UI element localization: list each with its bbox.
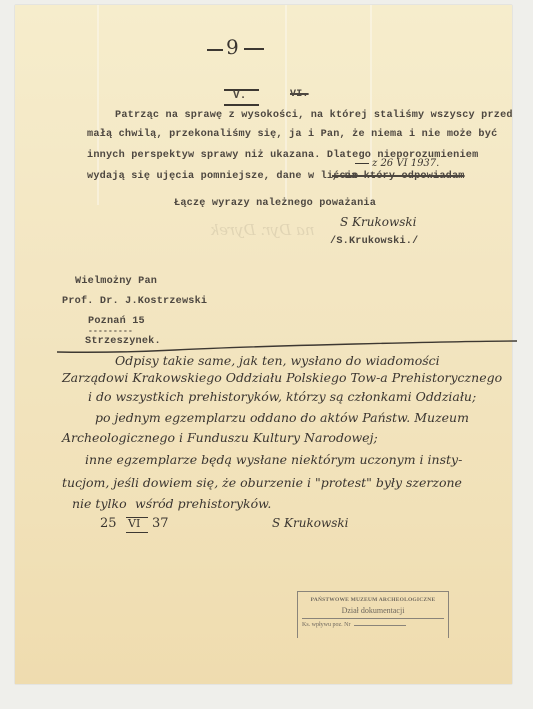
body-line-2: małą chwilą, przekonaliśmy się, ja i Pan… <box>87 129 497 140</box>
stamp-department: Dział dokumentacji <box>298 606 448 615</box>
note-line-8: wśród prehistoryków. <box>135 496 271 511</box>
note-date-month: VI <box>128 517 140 530</box>
stamp-entry-label: Ks. wpływu poz. Nr <box>302 622 351 628</box>
note-line-8-start: nie tylko <box>72 496 127 511</box>
note-line-7: tucjom, jeśli dowiem się, że oburzenie i… <box>62 475 462 490</box>
handwritten-caret <box>355 163 369 164</box>
note-line-3: i do wszystkich prehistoryków, którzy są… <box>88 389 476 404</box>
body-line-4: wydają się ujęcia pomniejsze, dane w liś… <box>87 171 358 182</box>
struck-section-mark: VI. <box>290 89 309 100</box>
address-salutation: Wielmożny Pan <box>75 276 157 287</box>
note-date-day: 25 <box>100 516 117 531</box>
page-number-dash-right <box>244 48 264 50</box>
note-line-5: Archeologicznego i Funduszu Kultury Naro… <box>62 430 378 445</box>
note-date-year: 37 <box>152 516 169 531</box>
signature-typed: /S.Krukowski./ <box>330 236 418 247</box>
section-mark: V. <box>233 90 247 102</box>
archive-stamp: PAŃSTWOWE MUZEUM ARCHEOLOGICZNE Dział do… <box>297 591 449 638</box>
address-underline: --------- <box>88 327 133 336</box>
page-number-dash-left <box>207 49 223 51</box>
address-name: Prof. Dr. J.Kostrzewski <box>62 296 207 307</box>
note-line-2: Zarządowi Krakowskiego Oddziału Polskieg… <box>62 370 502 385</box>
address-city: Poznań 15 <box>88 316 145 327</box>
stamp-divider <box>302 618 444 619</box>
handwritten-date-insert: z 26 VI 1937. <box>372 158 439 169</box>
note-signature: S Krukowski <box>272 516 349 530</box>
body-line-1: Patrząc na sprawę z wysokości, na której… <box>115 110 513 121</box>
note-line-1: Odpisy takie same, jak ten, wysłano do w… <box>115 353 440 368</box>
note-line-4: po jednym egzemplarzu oddano do aktów Pa… <box>95 410 469 425</box>
closing-salutation: Łączę wyrazy należnego poważania <box>174 198 376 209</box>
stamp-entry-row: Ks. wpływu poz. Nr <box>298 622 448 628</box>
page-number: 9 <box>226 35 239 59</box>
signature-handwritten: S Krukowski <box>340 215 417 229</box>
faint-mirrored-pencil: na Dyr. Dyrek <box>210 221 315 239</box>
section-underline <box>224 104 259 106</box>
note-date-month-underline <box>126 532 148 533</box>
struck-phrase: , na który odpowiadam <box>332 171 465 182</box>
stamp-institution: PAŃSTWOWE MUZEUM ARCHEOLOGICZNE <box>298 597 448 603</box>
stamp-entry-blank <box>354 625 406 626</box>
note-line-6: inne egzemplarze będą wysłane niektórym … <box>85 452 462 467</box>
